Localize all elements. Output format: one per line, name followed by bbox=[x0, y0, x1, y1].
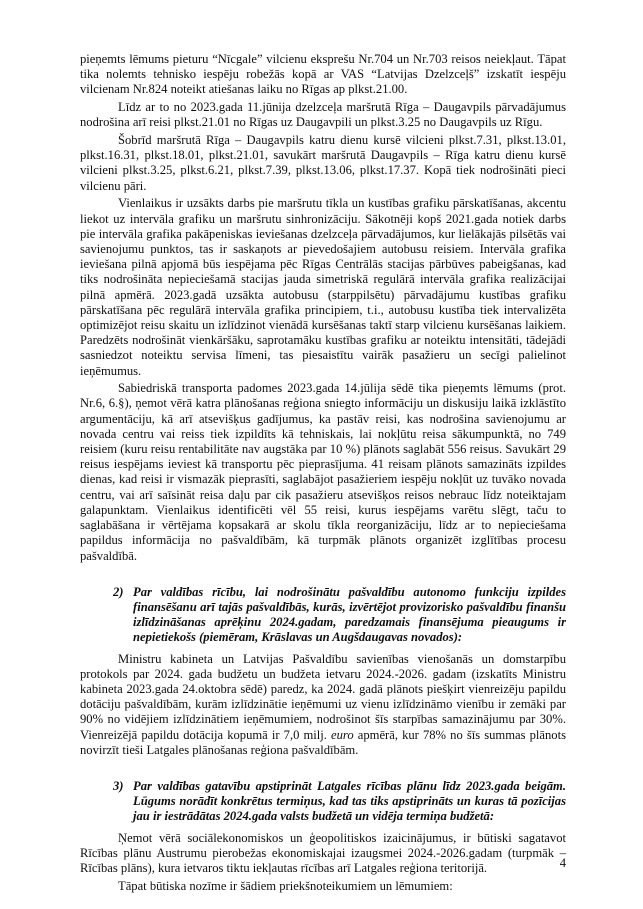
item-marker: 2) bbox=[113, 585, 124, 600]
item-marker: 3) bbox=[113, 779, 124, 794]
document-body: pieņemts lēmums pieturu “Nīcgale” vilcie… bbox=[80, 52, 566, 894]
paragraph: Tāpat būtiska nozīme ir šādiem priekšnot… bbox=[80, 879, 566, 894]
numbered-item-2: 2)Par valdības rīcību, lai nodrošinātu p… bbox=[80, 585, 566, 646]
paragraph: Līdz ar to no 2023.gada 11.jūnija dzelzc… bbox=[80, 100, 566, 130]
document-page: pieņemts lēmums pieturu “Nīcgale” vilcie… bbox=[0, 0, 643, 909]
item-text: Par valdības gatavību apstiprināt Latgal… bbox=[133, 779, 566, 823]
paragraph: Šobrīd maršrutā Rīga – Daugavpils katru … bbox=[80, 133, 566, 194]
paragraph-continuation: pieņemts lēmums pieturu “Nīcgale” vilcie… bbox=[80, 52, 566, 98]
paragraph: Vienlaikus ir uzsākts darbs pie maršrutu… bbox=[80, 196, 566, 378]
numbered-item-3: 3)Par valdības gatavību apstiprināt Latg… bbox=[80, 779, 566, 825]
paragraph: Ministru kabineta un Latvijas Pašvaldību… bbox=[80, 652, 566, 758]
text-segment-italic: euro bbox=[331, 728, 354, 742]
item-text: Par valdības rīcību, lai nodrošinātu paš… bbox=[133, 585, 566, 645]
paragraph: Sabiedriskā transporta padomes 2023.gada… bbox=[80, 381, 566, 563]
page-number: 4 bbox=[80, 856, 566, 871]
